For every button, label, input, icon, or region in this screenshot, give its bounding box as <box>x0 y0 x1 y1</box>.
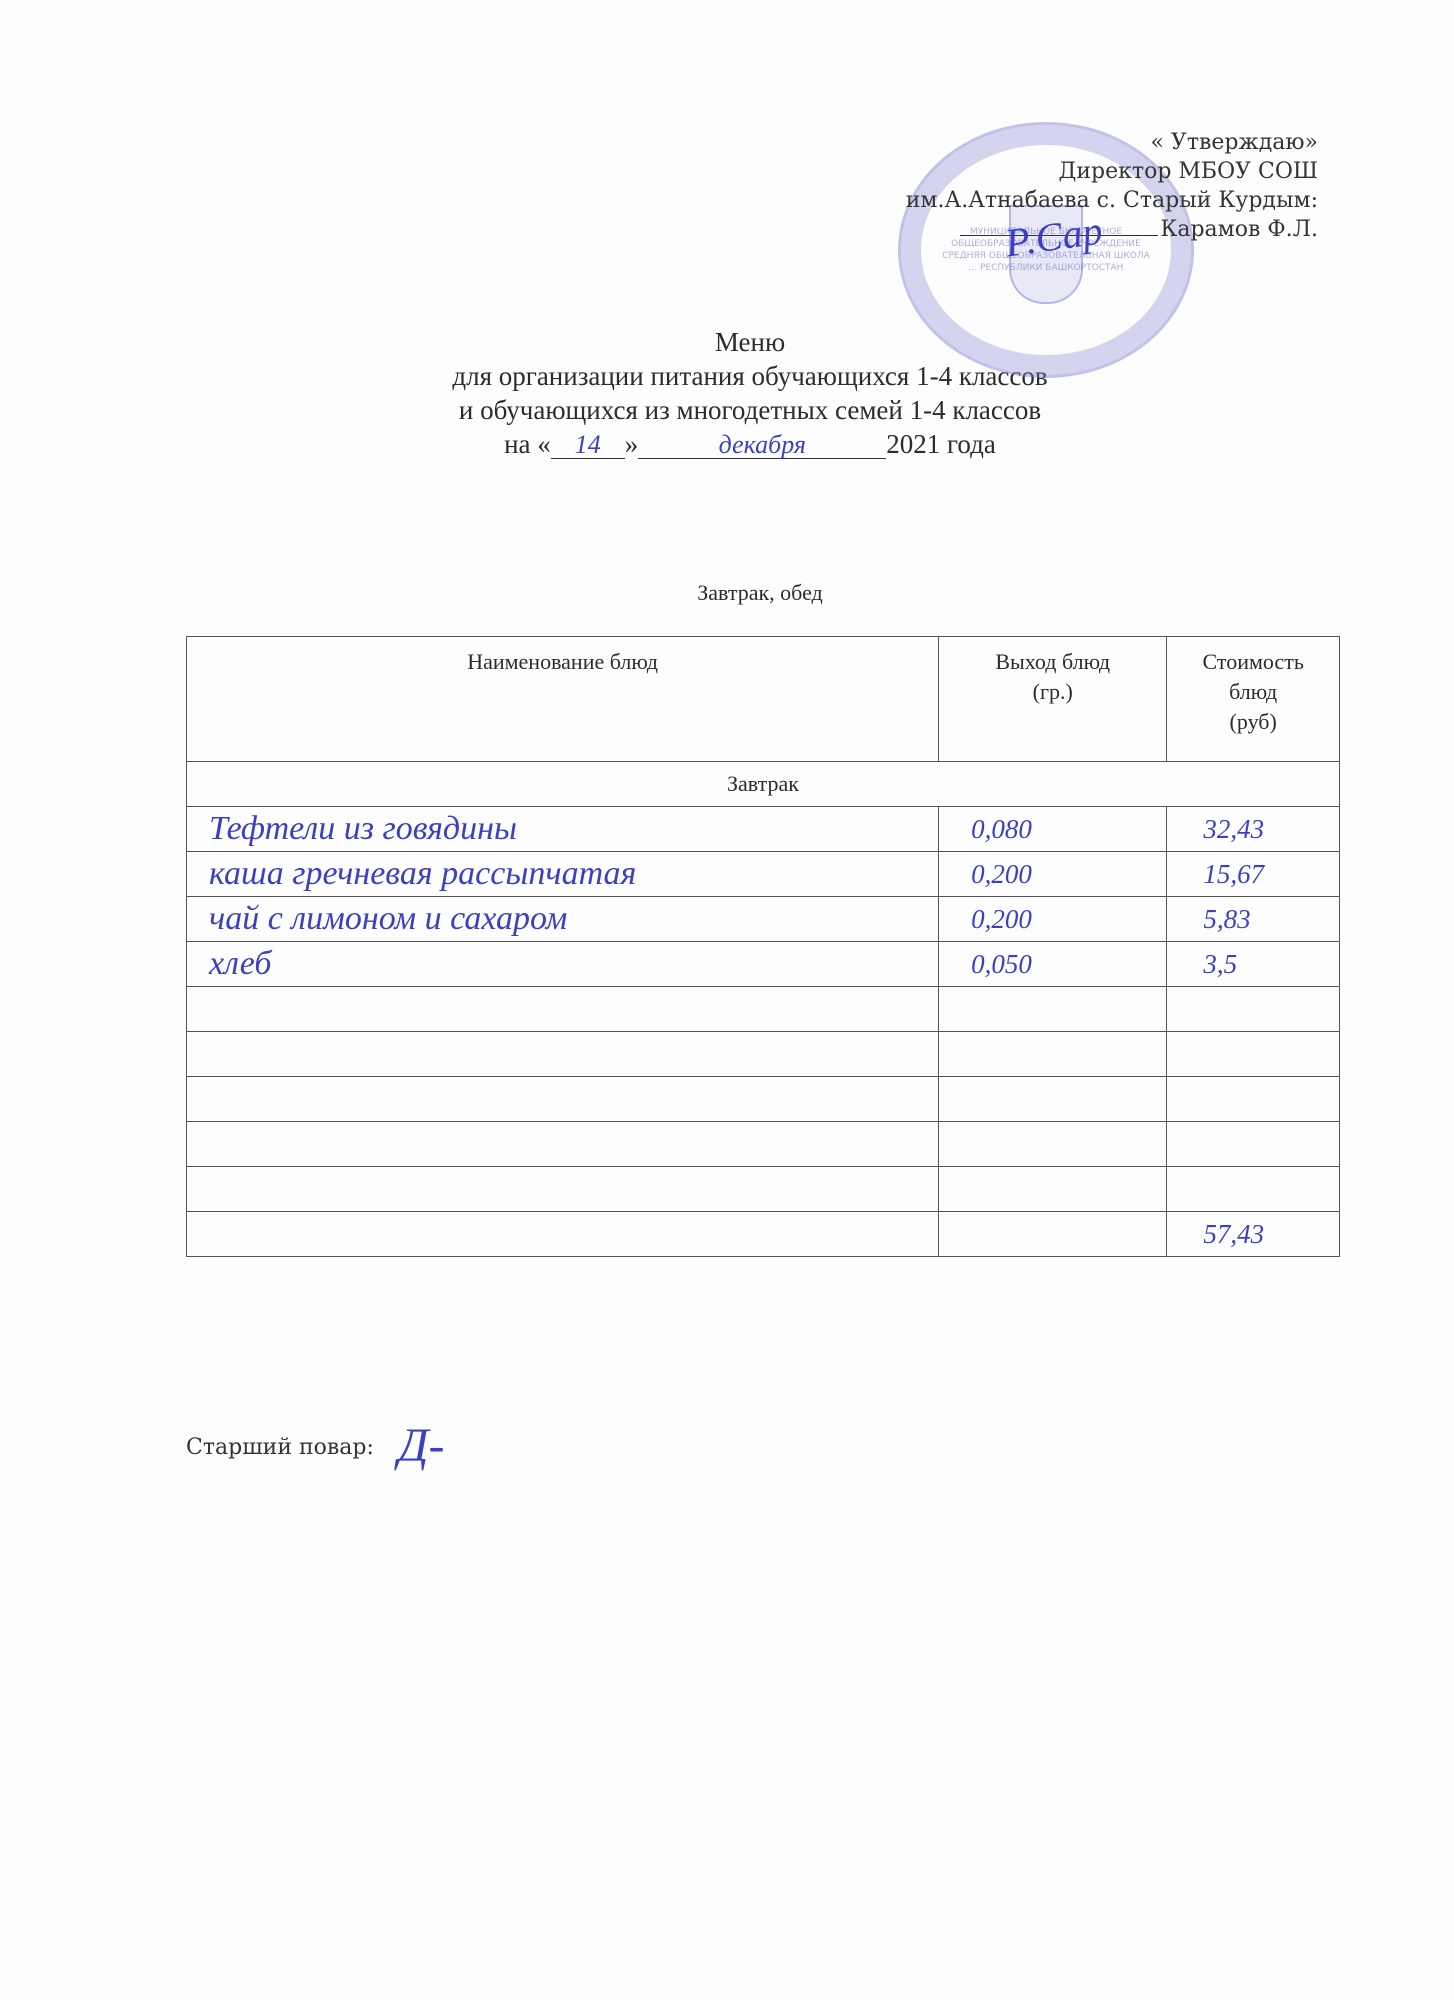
title-line-3: и обучающихся из многодетных семей 1-4 к… <box>0 393 1454 427</box>
cook-signature: Д- <box>398 1418 445 1473</box>
director-name: Карамов Ф.Л. <box>1160 217 1318 242</box>
table-header-row: Наименование блюд Выход блюд(гр.) Стоимо… <box>187 637 1340 762</box>
yield-cell <box>939 987 1167 1032</box>
yield-cell: 0,080 <box>939 807 1167 852</box>
approval-position: Директор МБОУ СОШ <box>906 157 1318 186</box>
table-row <box>187 987 1340 1032</box>
approval-block: « Утверждаю» Директор МБОУ СОШ им.А.Атна… <box>906 128 1318 244</box>
dish-name-cell: каша гречневая рассыпчатая <box>187 852 939 897</box>
table-row: Тефтели из говядины0,08032,43 <box>187 807 1340 852</box>
yield-cell: 0,200 <box>939 897 1167 942</box>
cook-label: Старший повар: <box>186 1435 374 1460</box>
date-day: 14 <box>551 432 625 459</box>
dish-name-cell <box>187 1077 939 1122</box>
yield-cell: 0,200 <box>939 852 1167 897</box>
menu-table: Наименование блюд Выход блюд(гр.) Стоимо… <box>186 636 1340 1257</box>
dish-name-cell <box>187 1167 939 1212</box>
dish-name-cell: хлеб <box>187 942 939 987</box>
date-month: декабря <box>638 432 886 459</box>
approval-school: им.А.Атнабаева с. Старый Курдым: <box>906 186 1318 215</box>
approval-heading: « Утверждаю» <box>906 128 1318 157</box>
dish-name-cell: Тефтели из говядины <box>187 807 939 852</box>
yield-cell <box>939 1212 1167 1257</box>
header-cost: Стоимостьблюд(руб) <box>1167 637 1340 762</box>
dish-name-cell <box>187 1032 939 1077</box>
yield-cell <box>939 1167 1167 1212</box>
dish-name-cell: чай с лимоном и сахаром <box>187 897 939 942</box>
dish-name-cell <box>187 1212 939 1257</box>
cost-cell <box>1167 1167 1340 1212</box>
cost-cell: 5,83 <box>1167 897 1340 942</box>
yield-cell <box>939 1077 1167 1122</box>
yield-cell: 0,050 <box>939 942 1167 987</box>
date-year: 2021 года <box>886 429 996 459</box>
yield-cell <box>939 1122 1167 1167</box>
cost-cell <box>1167 1077 1340 1122</box>
table-row <box>187 1032 1340 1077</box>
document-title: Меню для организации питания обучающихся… <box>0 325 1454 461</box>
header-dish-name: Наименование блюд <box>187 637 939 762</box>
cost-cell <box>1167 987 1340 1032</box>
approval-signature-line: Карамов Ф.Л. <box>906 215 1318 244</box>
section-row-breakfast: Завтрак <box>187 762 1340 807</box>
dish-name-cell <box>187 987 939 1032</box>
table-row: хлеб0,0503,5 <box>187 942 1340 987</box>
table-row: каша гречневая рассыпчатая0,20015,67 <box>187 852 1340 897</box>
title-line-2: для организации питания обучающихся 1-4 … <box>0 359 1454 393</box>
table-row: 57,43 <box>187 1212 1340 1257</box>
title-date: на «14»декабря2021 года <box>0 427 1454 461</box>
section-label: Завтрак <box>187 762 1340 807</box>
table-row <box>187 1167 1340 1212</box>
table-row: чай с лимоном и сахаром0,2005,83 <box>187 897 1340 942</box>
table-row <box>187 1077 1340 1122</box>
cost-cell <box>1167 1032 1340 1077</box>
yield-cell <box>939 1032 1167 1077</box>
cost-cell: 57,43 <box>1167 1212 1340 1257</box>
cost-cell <box>1167 1122 1340 1167</box>
meal-subtitle: Завтрак, обед <box>0 580 1454 606</box>
table-row <box>187 1122 1340 1167</box>
cost-cell: 15,67 <box>1167 852 1340 897</box>
cost-cell: 32,43 <box>1167 807 1340 852</box>
dish-name-cell <box>187 1122 939 1167</box>
title-line-1: Меню <box>0 325 1454 359</box>
header-yield: Выход блюд(гр.) <box>939 637 1167 762</box>
cost-cell: 3,5 <box>1167 942 1340 987</box>
